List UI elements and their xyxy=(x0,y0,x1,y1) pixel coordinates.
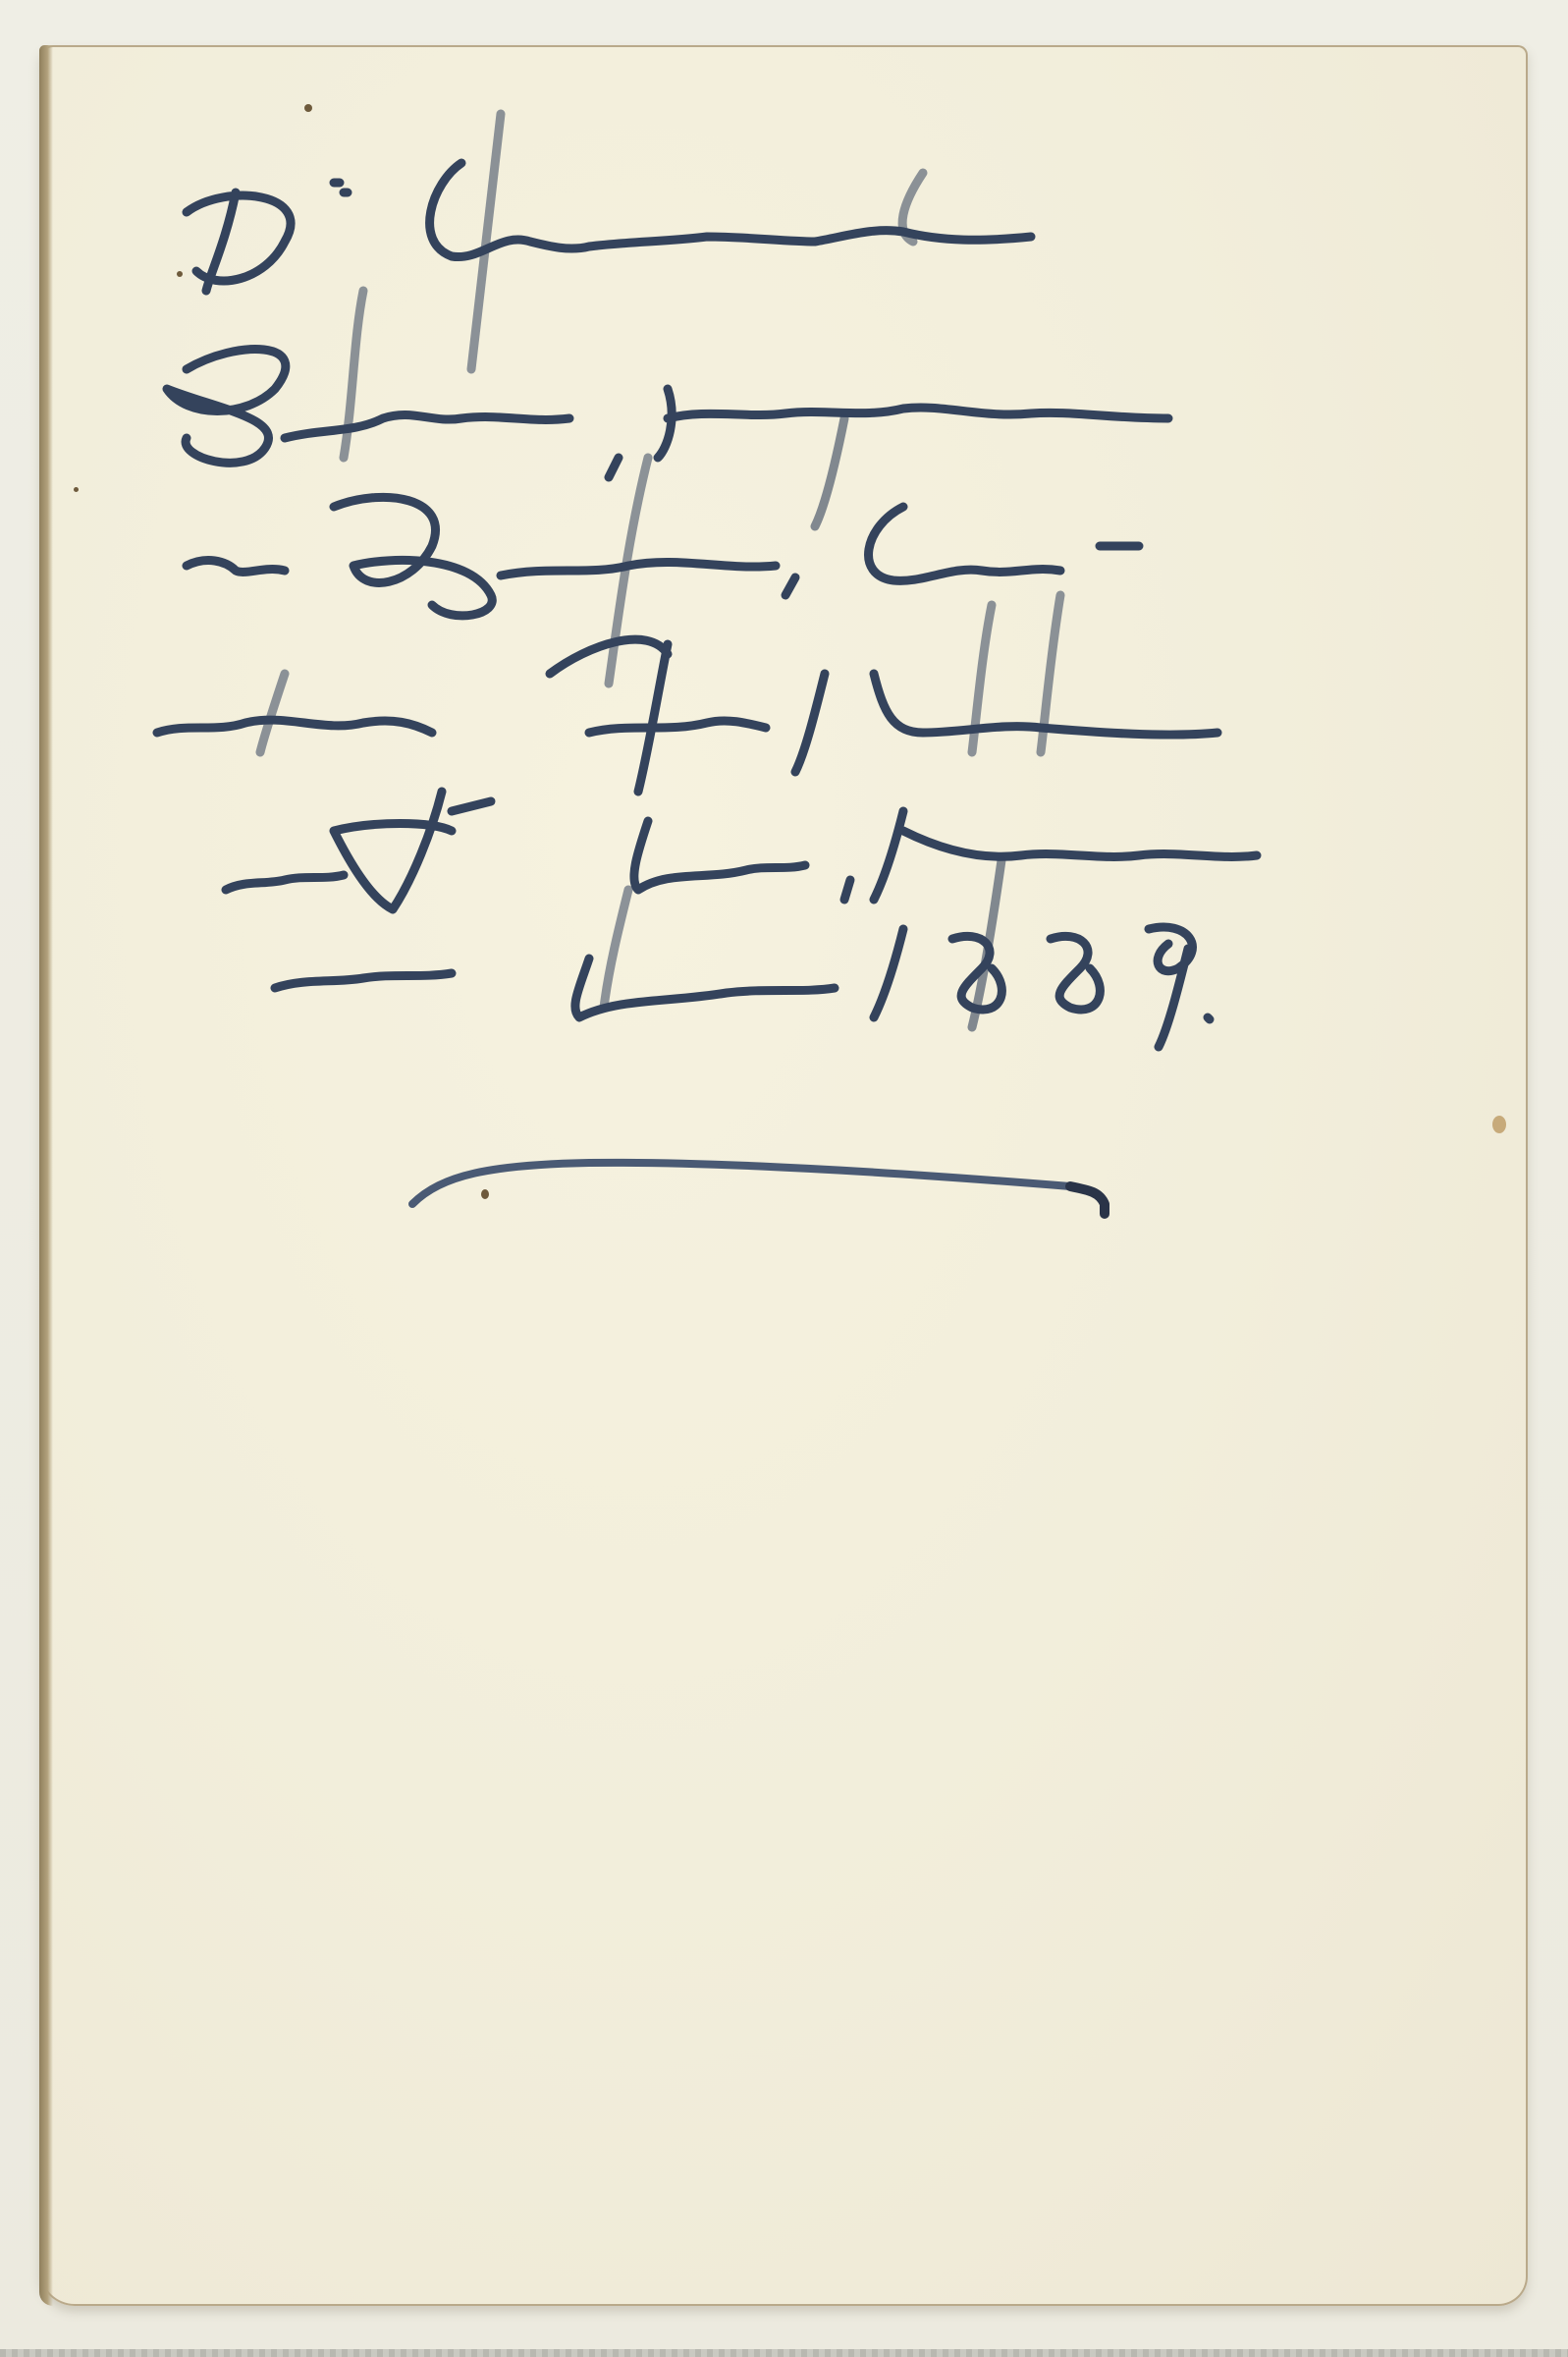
ink-strokes xyxy=(39,45,1528,1322)
stain-speck xyxy=(304,104,312,112)
scan-border-strip xyxy=(0,2349,1568,2357)
handwritten-inscription: Dª Cipriana de Balzola, Marquesa de Balz… xyxy=(39,45,1528,1322)
stain-speck xyxy=(74,487,79,492)
photo-card-reverse: Dª Cipriana de Balzola, Marquesa de Balz… xyxy=(39,45,1528,2306)
stain-mark xyxy=(1492,1116,1506,1133)
stain-speck xyxy=(177,271,183,277)
stain-speck xyxy=(481,1189,489,1199)
